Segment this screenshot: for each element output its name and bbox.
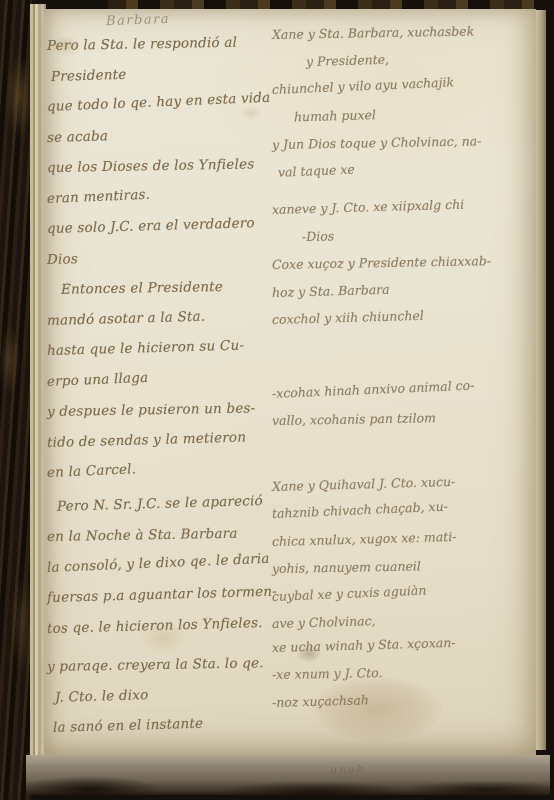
manuscript-line: vallo, xcohanis pan tzilom: [272, 402, 534, 434]
fore-edge-writing: unah: [330, 762, 366, 776]
header-annotation: Barbara: [106, 12, 171, 29]
manuscript-line: Pero N. Sr. J.C. se le apareció: [47, 485, 282, 522]
manuscript-line: la sanó en el instante: [47, 706, 282, 743]
book-binding-left: [0, 0, 32, 800]
manuscript-line: tos qe. le hicieron los Ynfieles.: [47, 607, 282, 644]
manuscript-page: Barbara Pero la Sta. le respondió alPres…: [44, 9, 536, 755]
manuscript-photo: Barbara Pero la Sta. le respondió alPres…: [0, 0, 554, 800]
right-column-translation: Xane y Sta. Barbara, xuchasbeky Presiden…: [272, 21, 534, 716]
manuscript-line: Dios: [47, 238, 282, 275]
manuscript-line: -xcohax hinah anxivo animal co-: [271, 369, 534, 407]
manuscript-line: coxchol y xiih chiunchel: [272, 299, 535, 334]
page-edges-bottom: unah: [26, 755, 550, 795]
left-column-spanish: Pero la Sta. le respondió alPresidentequ…: [44, 31, 281, 744]
manuscript-line: se acaba: [47, 116, 282, 153]
